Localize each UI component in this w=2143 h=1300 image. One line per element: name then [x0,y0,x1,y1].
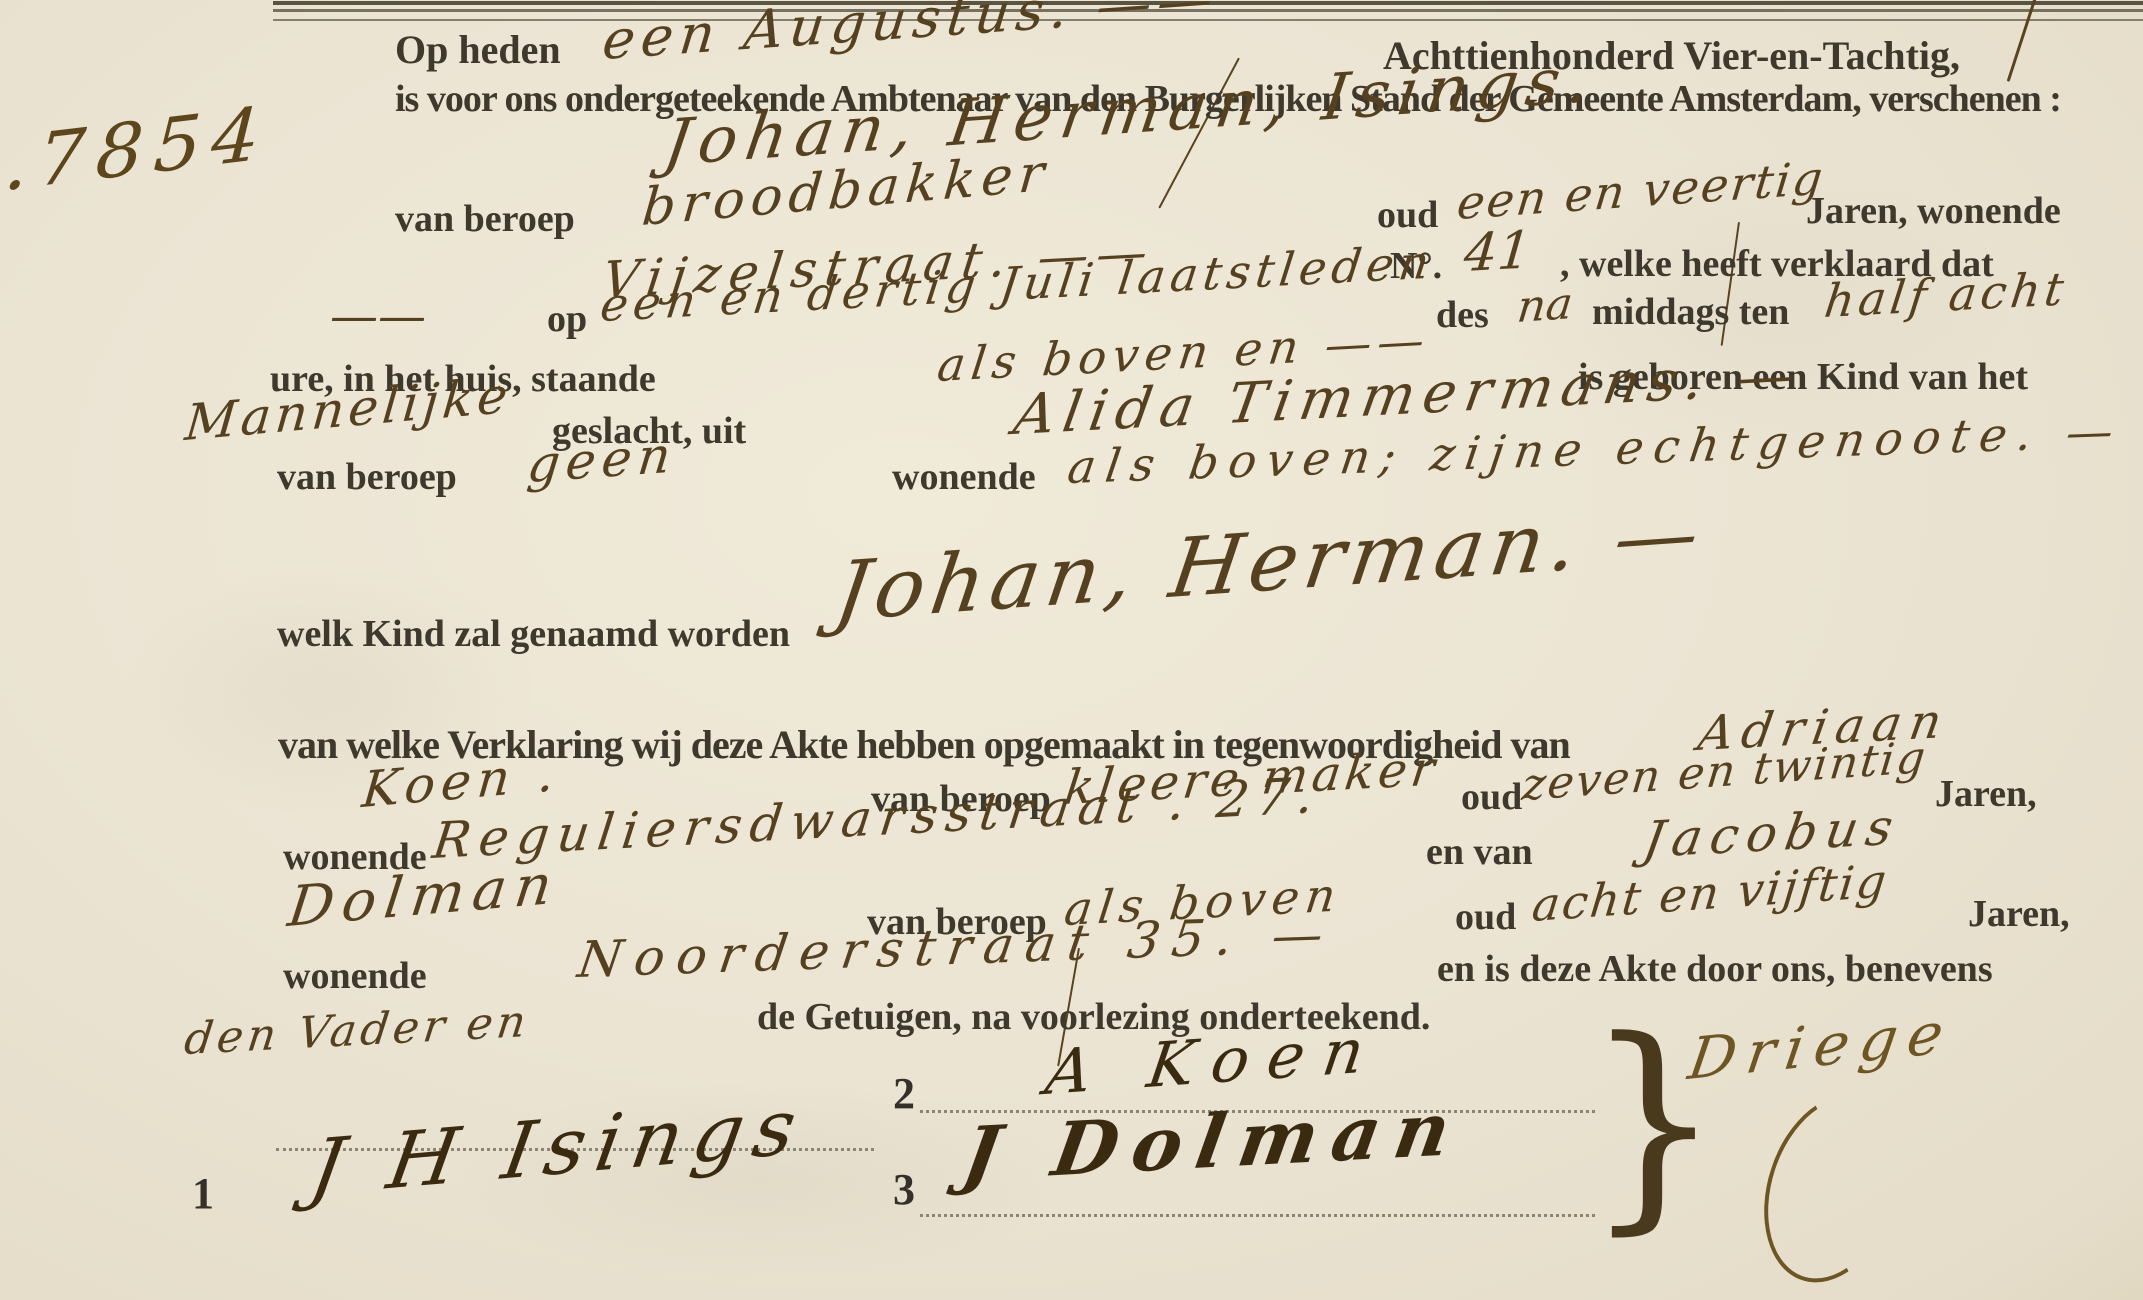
ink-flourish [2007,0,2038,82]
signature-isings: J H Isings [305,1088,811,1208]
signature-number-1: 1 [192,1172,214,1216]
hw-gender: Mannelijke [183,370,514,448]
hw-declarant-name: Johan, Herman, Isings. [660,48,1601,176]
hw-child-name: Johan, Herman. — [830,492,1710,634]
hw-mother-beroep: geen [525,430,679,490]
hw-closing-vader: den Vader en [182,1000,532,1062]
hw-witness2-age: acht en vijftig [1530,858,1890,928]
printed-mother-beroep-label: van beroep [277,458,457,496]
printed-op-label: op [547,300,587,338]
birth-certificate-document: .7854 Op heden een Augustus. —— Achttien… [0,0,2143,1300]
hw-birth-time: half acht [1822,265,2070,324]
hw-witness1-last: Koen . [360,748,562,815]
hw-witness2-address: Noorderstraat 35. — [575,909,1338,985]
hw-witness1-age: zeven en twintig [1520,736,1929,808]
hw-declarant-age: een en veertig [1455,155,1827,226]
hw-na: na [1515,282,1575,330]
printed-w1-oud-label: oud [1461,778,1522,816]
printed-op-heden: Op heden [395,30,561,70]
registrar-flourish-loop [1741,1077,1922,1300]
printed-middags-label: middags ten [1592,293,1789,331]
printed-w1-jaren-label: Jaren, [1935,775,2037,813]
printed-w2-jaren-label: Jaren, [1968,895,2070,933]
signature-registrar: Driege [1685,1003,1957,1088]
signature-dolman: J Dolman [958,1092,1469,1192]
hw-house-number: 41 [1462,225,1533,280]
margin-act-number: .7854 [2,97,271,202]
printed-beroep-label: van beroep [395,200,575,238]
printed-des-label: des [1436,296,1489,334]
hw-dash: —— [330,292,426,340]
hw-act-date: een Augustus. —— [600,0,1221,68]
printed-child-label: welk Kind zal genaamd worden [277,615,790,653]
printed-en-van-label: en van [1426,833,1533,871]
printed-w2-oud-label: oud [1455,898,1516,936]
printed-oud-label: oud [1377,196,1438,234]
signature-number-2: 2 [893,1072,915,1116]
printed-w2-wonende-label: wonende [283,957,427,995]
printed-mother-wonende-label: wonende [892,458,1036,496]
signature-line-3 [920,1214,1595,1217]
printed-jaren-wonende-label: Jaren, wonende [1806,192,2061,230]
printed-closing-line1: en is deze Akte door ons, benevens [1437,950,1993,988]
signature-number-3: 3 [893,1168,915,1212]
